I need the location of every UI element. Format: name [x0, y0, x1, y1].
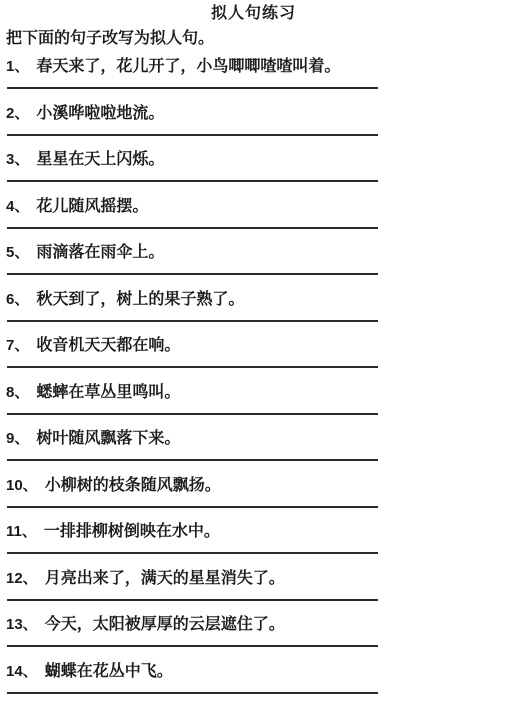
item-sentence: 小溪哗啦啦地流。 [36, 105, 164, 122]
answer-blank-line [7, 227, 378, 229]
item-sentence: 今天，太阳被厚厚的云层遮住了。 [45, 616, 285, 633]
answer-blank-line [7, 552, 378, 554]
answer-blank-line [7, 459, 378, 461]
item-number: 6、 [6, 291, 29, 308]
item-sentence: 雨滴落在雨伞上。 [36, 244, 164, 261]
item-sentence-row: 12、月亮出来了，满天的星星消失了。 [6, 569, 501, 589]
item-sentence-row: 6、秋天到了，树上的果子熟了。 [6, 290, 501, 310]
worksheet-item: 8、蟋蟀在草丛里鸣叫。 [6, 383, 501, 430]
answer-blank-line [7, 87, 378, 89]
answer-blank-line [7, 599, 378, 601]
item-number: 9、 [6, 430, 29, 447]
item-sentence-row: 2、小溪哗啦啦地流。 [6, 104, 501, 124]
item-sentence-row: 13、今天，太阳被厚厚的云层遮住了。 [6, 615, 501, 635]
item-number: 7、 [6, 337, 29, 354]
item-number: 11、 [6, 523, 37, 540]
item-sentence-row: 8、蟋蟀在草丛里鸣叫。 [6, 383, 501, 403]
item-sentence-row: 11、一排排柳树倒映在水中。 [6, 522, 501, 542]
item-sentence-row: 7、收音机天天都在响。 [6, 336, 501, 356]
answer-blank-line [7, 273, 378, 275]
item-number: 12、 [6, 570, 38, 587]
item-number: 14、 [6, 663, 38, 680]
answer-blank-line [7, 320, 378, 322]
worksheet-item: 4、花儿随风摇摆。 [6, 197, 501, 244]
item-number: 1、 [6, 58, 29, 75]
answer-blank-line [7, 645, 378, 647]
item-sentence-row: 14、蝴蝶在花丛中飞。 [6, 662, 501, 682]
worksheet-item: 7、收音机天天都在响。 [6, 336, 501, 383]
item-sentence: 月亮出来了，满天的星星消失了。 [45, 570, 285, 587]
item-sentence: 蟋蟀在草丛里鸣叫。 [36, 384, 180, 401]
item-number: 3、 [6, 151, 29, 168]
worksheet-item: 14、蝴蝶在花丛中飞。 [6, 662, 501, 709]
item-sentence: 一排排柳树倒映在水中。 [44, 523, 220, 540]
item-number: 8、 [6, 384, 29, 401]
worksheet-item: 3、星星在天上闪烁。 [6, 150, 501, 197]
worksheet-item: 6、秋天到了，树上的果子熟了。 [6, 290, 501, 337]
item-sentence-row: 10、小柳树的枝条随风飘扬。 [6, 476, 501, 496]
item-number: 5、 [6, 244, 29, 261]
worksheet-item: 9、树叶随风飘落下来。 [6, 429, 501, 476]
item-sentence: 秋天到了，树上的果子熟了。 [36, 291, 244, 308]
answer-blank-line [7, 692, 378, 694]
worksheet-item: 10、小柳树的枝条随风飘扬。 [6, 476, 501, 523]
item-sentence-row: 3、星星在天上闪烁。 [6, 150, 501, 170]
item-sentence-row: 1、春天来了，花儿开了，小鸟唧唧喳喳叫着。 [6, 57, 501, 77]
item-sentence-row: 4、花儿随风摇摆。 [6, 197, 501, 217]
worksheet-item: 11、一排排柳树倒映在水中。 [6, 522, 501, 569]
item-number: 10、 [6, 477, 38, 494]
worksheet-item: 1、春天来了，花儿开了，小鸟唧唧喳喳叫着。 [6, 57, 501, 104]
item-number: 2、 [6, 105, 29, 122]
worksheet-item: 5、雨滴落在雨伞上。 [6, 243, 501, 290]
answer-blank-line [7, 506, 378, 508]
item-sentence: 星星在天上闪烁。 [36, 151, 164, 168]
item-sentence-row: 5、雨滴落在雨伞上。 [6, 243, 501, 263]
page-title: 拟人句练习 [6, 4, 501, 24]
item-sentence: 蝴蝶在花丛中飞。 [45, 663, 173, 680]
answer-blank-line [7, 366, 378, 368]
item-sentence: 收音机天天都在响。 [36, 337, 180, 354]
worksheet-item: 13、今天，太阳被厚厚的云层遮住了。 [6, 615, 501, 662]
answer-blank-line [7, 413, 378, 415]
answer-blank-line [7, 134, 378, 136]
item-sentence: 春天来了，花儿开了，小鸟唧唧喳喳叫着。 [36, 58, 340, 75]
worksheet-item: 2、小溪哗啦啦地流。 [6, 104, 501, 151]
item-number: 4、 [6, 198, 29, 215]
item-sentence: 树叶随风飘落下来。 [36, 430, 180, 447]
instruction-text: 把下面的句子改写为拟人句。 [6, 28, 501, 49]
worksheet-page: 拟人句练习 把下面的句子改写为拟人句。 1、春天来了，花儿开了，小鸟唧唧喳喳叫着… [0, 0, 509, 710]
item-sentence-row: 9、树叶随风飘落下来。 [6, 429, 501, 449]
item-sentence: 花儿随风摇摆。 [36, 198, 148, 215]
item-number: 13、 [6, 616, 38, 633]
answer-blank-line [7, 180, 378, 182]
worksheet-item: 12、月亮出来了，满天的星星消失了。 [6, 569, 501, 616]
items-list: 1、春天来了，花儿开了，小鸟唧唧喳喳叫着。 2、小溪哗啦啦地流。 3、星星在天上… [6, 57, 501, 708]
item-sentence: 小柳树的枝条随风飘扬。 [45, 477, 221, 494]
